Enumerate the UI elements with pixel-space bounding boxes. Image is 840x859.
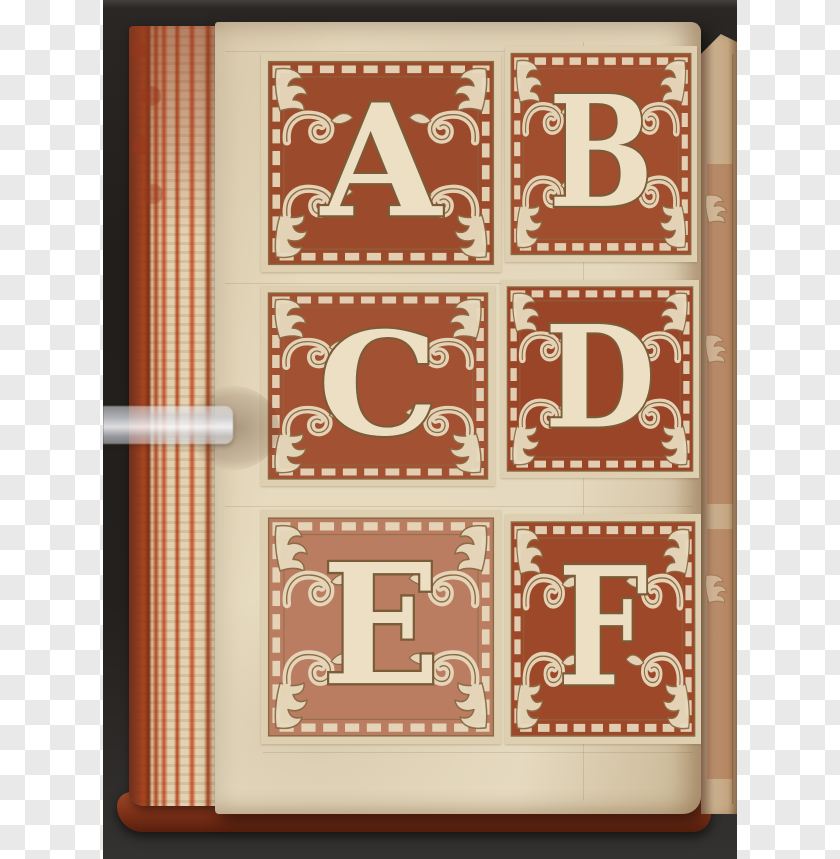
manuscript-photo: A B: [103, 0, 737, 859]
initial-e-artwork: E: [261, 510, 501, 744]
initial-f-artwork: F: [505, 514, 701, 744]
initial-letter: D: [545, 295, 656, 460]
initial-panel-b: B: [505, 46, 697, 262]
facing-page-sliver: [701, 34, 737, 814]
initial-c-artwork: C: [261, 286, 495, 486]
facing-page-ornament: [701, 34, 737, 814]
initial-panel-e: E: [261, 510, 501, 744]
facing-page-rule-line: [732, 54, 734, 804]
initial-letter: C: [318, 300, 438, 468]
initial-panel-c: C: [261, 286, 495, 486]
initial-letter: A: [319, 70, 443, 252]
initial-letter: E: [322, 527, 440, 722]
initial-a-artwork: A: [261, 54, 501, 272]
initial-b-artwork: B: [505, 46, 697, 262]
ruled-line-horizontal: [225, 506, 693, 507]
initial-d-artwork: D: [501, 280, 699, 478]
initial-letter: F: [558, 532, 648, 723]
initial-letter: B: [549, 62, 654, 242]
initial-panel-d: D: [501, 280, 699, 478]
ruled-line-horizontal: [263, 752, 693, 753]
initial-panel-f: F: [505, 514, 701, 744]
initial-panel-a: A: [261, 54, 501, 272]
facing-panel-fragment: [707, 529, 733, 779]
book-weight-strip: [103, 406, 233, 444]
